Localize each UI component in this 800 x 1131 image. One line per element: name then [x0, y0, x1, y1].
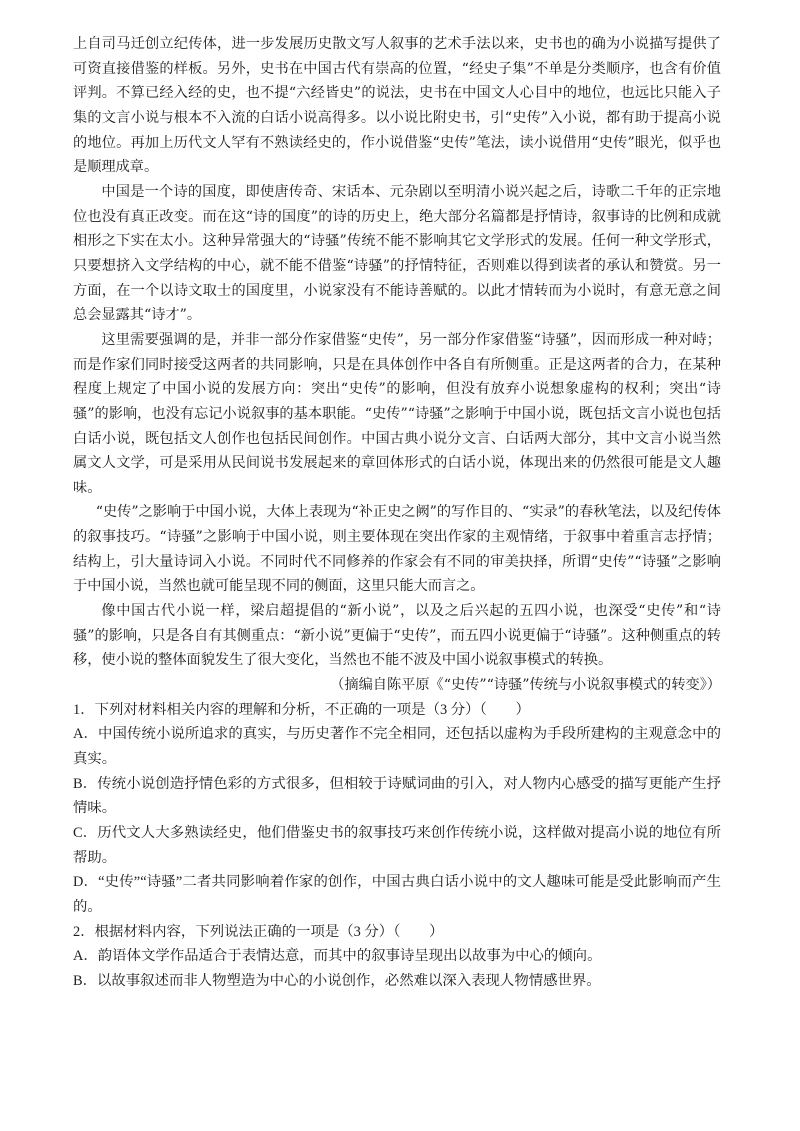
- question-1: 1．下列对材料相关内容的理解和分析，不正确的一项是（3 分）（ ） A．中国传统…: [73, 698, 721, 920]
- exam-page: 上自司马迁创立纪传体，进一步发展历史散文写人叙事的艺术手法以来，史书也的确为小说…: [73, 32, 721, 994]
- passage-paragraph-1: 上自司马迁创立纪传体，进一步发展历史散文写人叙事的艺术手法以来，史书也的确为小说…: [73, 32, 721, 180]
- question-1-option-b: B．传统小说创造抒情色彩的方式很多，但相较于诗赋词曲的引入，对人物内心感受的描写…: [73, 772, 721, 821]
- question-2-stem: 2．根据材料内容，下列说法正确的一项是（3 分）（ ）: [73, 920, 721, 945]
- question-1-option-a: A．中国传统小说所追求的真实，与历史著作不完全相同，还包括以虚构为手段所建构的主…: [73, 722, 721, 771]
- passage-paragraph-3: 这里需要强调的是，并非一部分作家借鉴“史传”，另一部分作家借鉴“诗骚”，因而形成…: [73, 328, 721, 501]
- question-2-option-b: B．以故事叙述而非人物塑造为中心的小说创作，必然难以深入表现人物情感世界。: [73, 969, 721, 994]
- question-1-option-c: C．历代文人大多熟读经史，他们借鉴史书的叙事技巧来创作传统小说，这样做对提高小说…: [73, 821, 721, 870]
- question-2-option-a: A．韵语体文学作品适合于表情达意，而其中的叙事诗呈现出以故事为中心的倾向。: [73, 944, 721, 969]
- passage-paragraph-4: “史传”之影响于中国小说，大体上表现为“补正史之阙”的写作目的、“实录”的春秋笔…: [73, 500, 721, 599]
- passage-citation: （摘编自陈平原《“史传”“诗骚”传统与小说叙事模式的转变》）: [73, 673, 721, 698]
- question-1-option-d: D．“史传”“诗骚”二者共同影响着作家的创作，中国古典白话小说中的文人趣味可能是…: [73, 870, 721, 919]
- passage-paragraph-2: 中国是一个诗的国度，即使唐传奇、宋话本、元杂剧以至明清小说兴起之后，诗歌二千年的…: [73, 180, 721, 328]
- question-2: 2．根据材料内容，下列说法正确的一项是（3 分）（ ） A．韵语体文学作品适合于…: [73, 920, 721, 994]
- question-1-stem: 1．下列对材料相关内容的理解和分析，不正确的一项是（3 分）（ ）: [73, 698, 721, 723]
- passage-paragraph-5: 像中国古代小说一样，梁启超提倡的“新小说”，以及之后兴起的五四小说，也深受“史传…: [73, 599, 721, 673]
